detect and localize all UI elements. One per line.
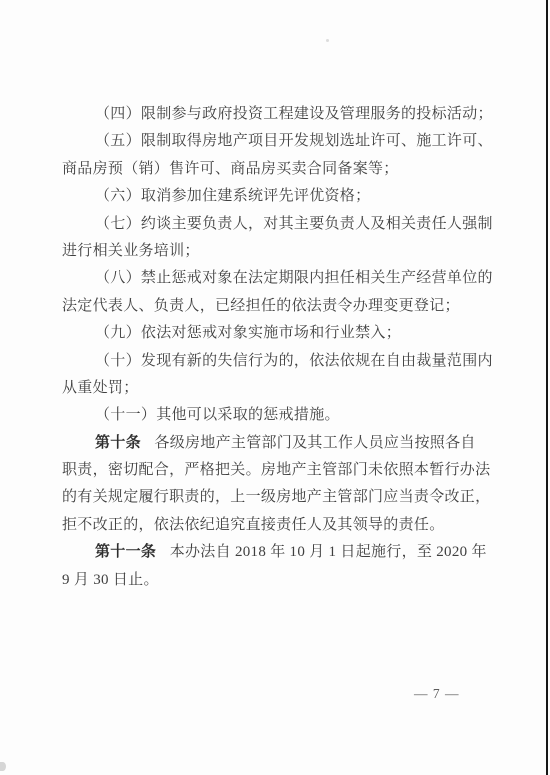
scan-artifact-bottom-left [0,762,6,771]
text-line: （四）限制参与政府投资工程建设及管理服务的投标活动； [62,101,496,128]
page-number: — 7 — [414,686,474,702]
text-line: 拒不改正的，依法依纪追究直接责任人及其领导的责任。 [62,512,496,539]
text-line: 的有关规定履行职责的，上一级房地产主管部门应当责令改正， [62,484,496,511]
text-line: 进行相关业务培训； [62,238,496,265]
text-line: （八）禁止惩戒对象在法定期限内担任相关生产经营单位的 [62,265,496,292]
text-line: （十一）其他可以采取的惩戒措施。 [62,402,496,429]
text-line: 第十一条本办法自 2018 年 10 月 1 日起施行，至 2020 年 [62,539,496,566]
text-line: 9 月 30 日止。 [62,567,496,594]
text-line: （十）发现有新的失信行为的，依法依规在自由裁量范围内 [62,348,496,375]
scanned-document-page: （四）限制参与政府投资工程建设及管理服务的投标活动；（五）限制取得房地产项目开发… [0,0,550,775]
article-number: 第十条 [95,435,141,451]
text-line: （九）依法对惩戒对象实施市场和行业禁入； [62,320,496,347]
text-line: 第十条各级房地产主管部门及其工作人员应当按照各自 [62,430,496,457]
document-body: （四）限制参与政府投资工程建设及管理服务的投标活动；（五）限制取得房地产项目开发… [62,101,496,594]
text-line: （五）限制取得房地产项目开发规划选址许可、施工许可、 [62,128,496,155]
text-line: （七）约谈主要负责人，对其主要负责人及相关责任人强制 [62,211,496,238]
text-line: 职责，密切配合，严格把关。房地产主管部门未依照本暂行办法 [62,457,496,484]
text-line: （六）取消参加住建系统评先评优资格； [62,183,496,210]
scan-artifact-top [326,39,329,42]
article-number: 第十一条 [95,544,156,560]
text-line: 从重处罚； [62,375,496,402]
scan-edge-line [546,0,548,775]
text-line: 法定代表人、负责人，已经担任的依法责令办理变更登记； [62,293,496,320]
text-line: 商品房预（销）售许可、商品房买卖合同备案等； [62,156,496,183]
